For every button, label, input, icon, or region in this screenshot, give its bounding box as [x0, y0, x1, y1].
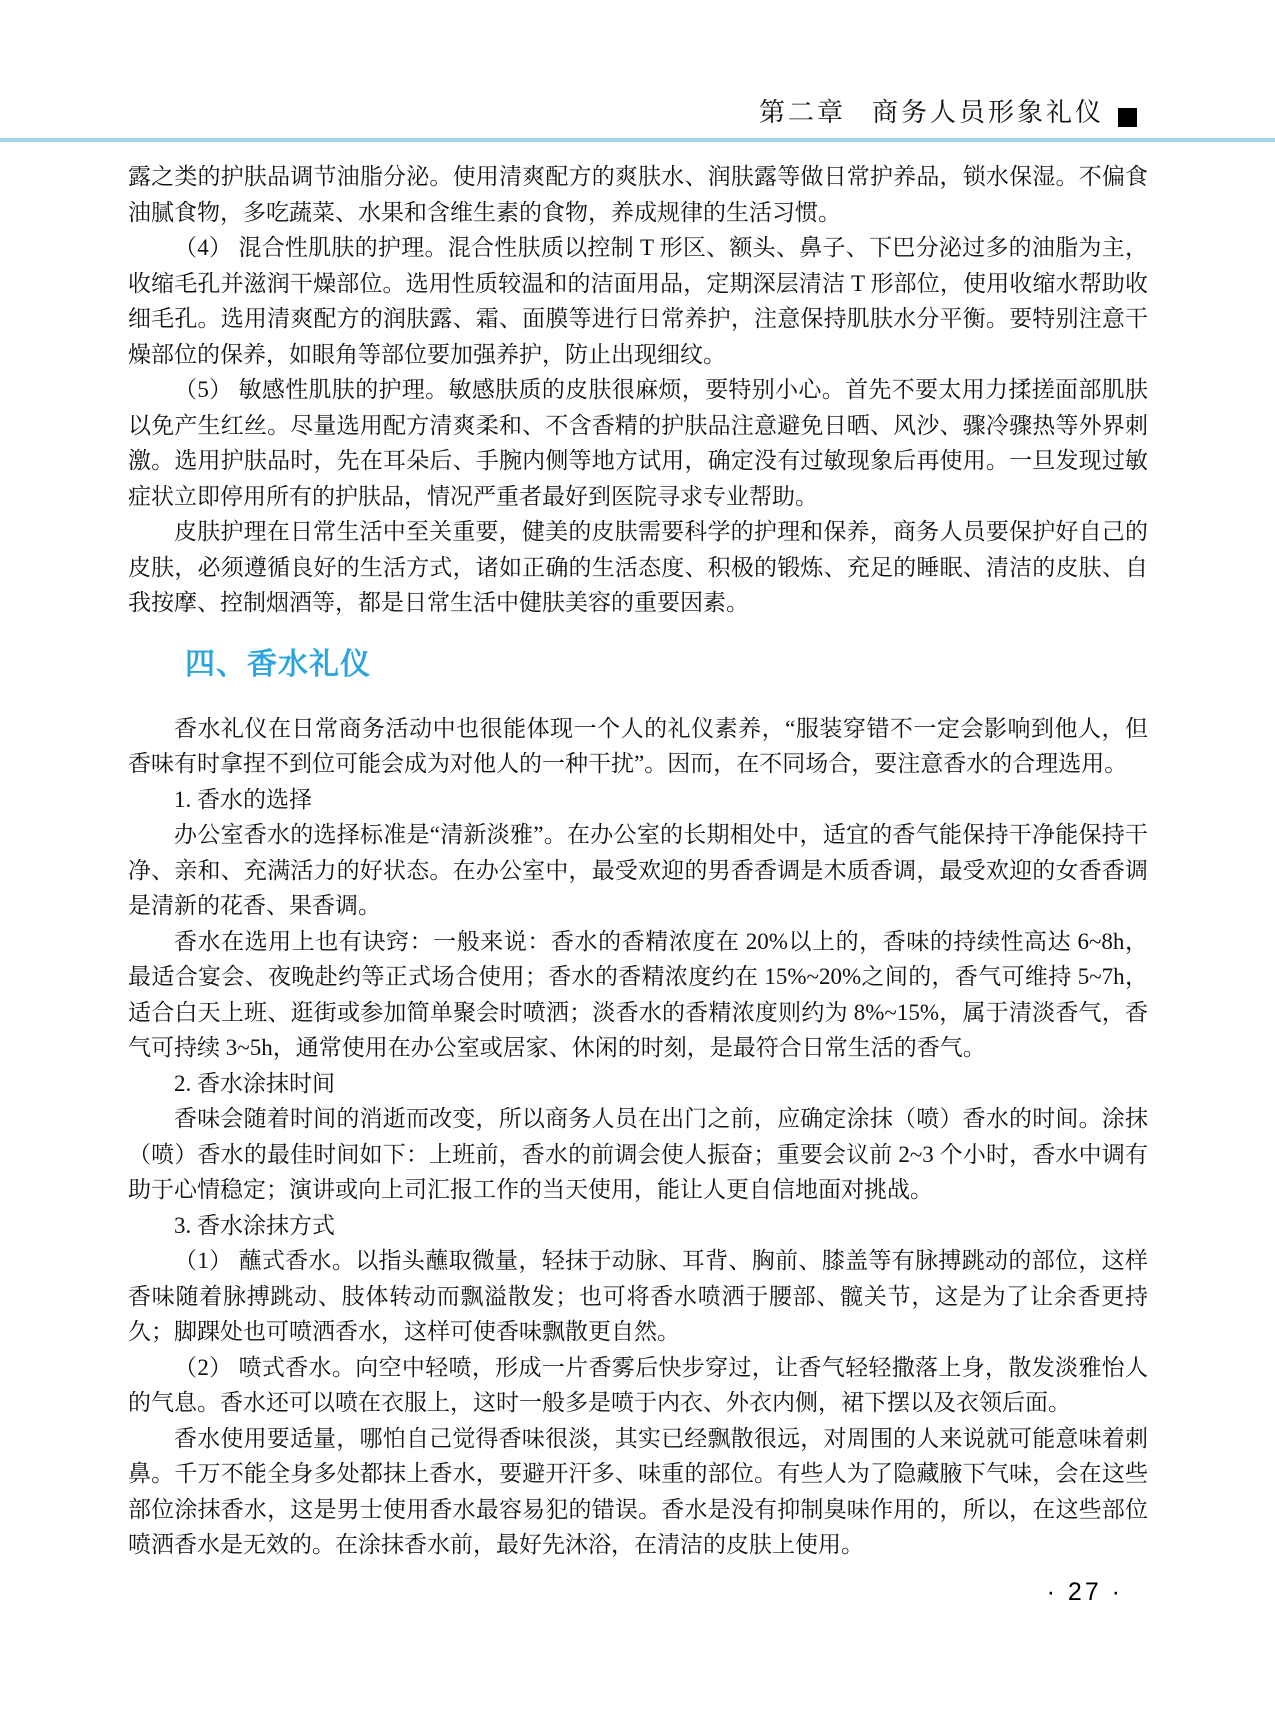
paragraph: 办公室香水的选择标准是“清新淡雅”。在办公室的长期相处中，适宜的香气能保持干净能… — [128, 817, 1148, 924]
header-chapter-title: 商务人员形象礼仪 — [872, 92, 1104, 129]
paragraph: （1） 蘸式香水。以指头蘸取微量，轻抹于动脉、耳背、胸前、膝盖等有脉搏跳动的部位… — [128, 1243, 1148, 1350]
list-subheading: 2. 香水涂抹时间 — [128, 1066, 1148, 1102]
paragraph: （2） 喷式香水。向空中轻喷，形成一片香雾后快步穿过，让香气轻轻撒落上身，散发淡… — [128, 1350, 1148, 1421]
document-page: 第二章 商务人员形象礼仪 露之类的护肤品调节油脂分泌。使用清爽配方的爽肤水、润肤… — [0, 0, 1275, 1718]
paragraph: （5） 敏感性肌肤的护理。敏感肤质的皮肤很麻烦，要特别小心。首先不要太用力揉搓面… — [128, 372, 1148, 514]
section-heading: 四、香水礼仪 — [185, 645, 1148, 685]
paragraph: 露之类的护肤品调节油脂分泌。使用清爽配方的爽肤水、润肤露等做日常护养品，锁水保湿… — [128, 159, 1148, 230]
header-chapter-number: 第二章 — [759, 92, 846, 129]
paragraph: 香水使用要适量，哪怕自己觉得香味很淡，其实已经飘散很远，对周围的人来说就可能意味… — [128, 1421, 1148, 1563]
paragraph: 香水在选用上也有诀窍：一般来说：香水的香精浓度在 20%以上的，香味的持续性高达… — [128, 924, 1148, 1066]
paragraph: （4） 混合性肌肤的护理。混合性肤质以控制 T 形区、额头、鼻子、下巴分泌过多的… — [128, 230, 1148, 372]
page-number: · 27 · — [1047, 1578, 1123, 1607]
list-subheading: 3. 香水涂抹方式 — [128, 1208, 1148, 1244]
page-header: 第二章 商务人员形象礼仪 — [0, 0, 1275, 142]
black-square-icon — [1118, 108, 1137, 127]
paragraph: 香水礼仪在日常商务活动中也很能体现一个人的礼仪素养，“服装穿错不一定会影响到他人… — [128, 711, 1148, 782]
page-body: 露之类的护肤品调节油脂分泌。使用清爽配方的爽肤水、润肤露等做日常护养品，锁水保湿… — [128, 159, 1148, 1563]
paragraph: 皮肤护理在日常生活中至关重要，健美的皮肤需要科学的护理和保养，商务人员要保护好自… — [128, 514, 1148, 621]
paragraph: 香味会随着时间的消逝而改变，所以商务人员在出门之前，应确定涂抹（喷）香水的时间。… — [128, 1101, 1148, 1208]
list-subheading: 1. 香水的选择 — [128, 782, 1148, 818]
